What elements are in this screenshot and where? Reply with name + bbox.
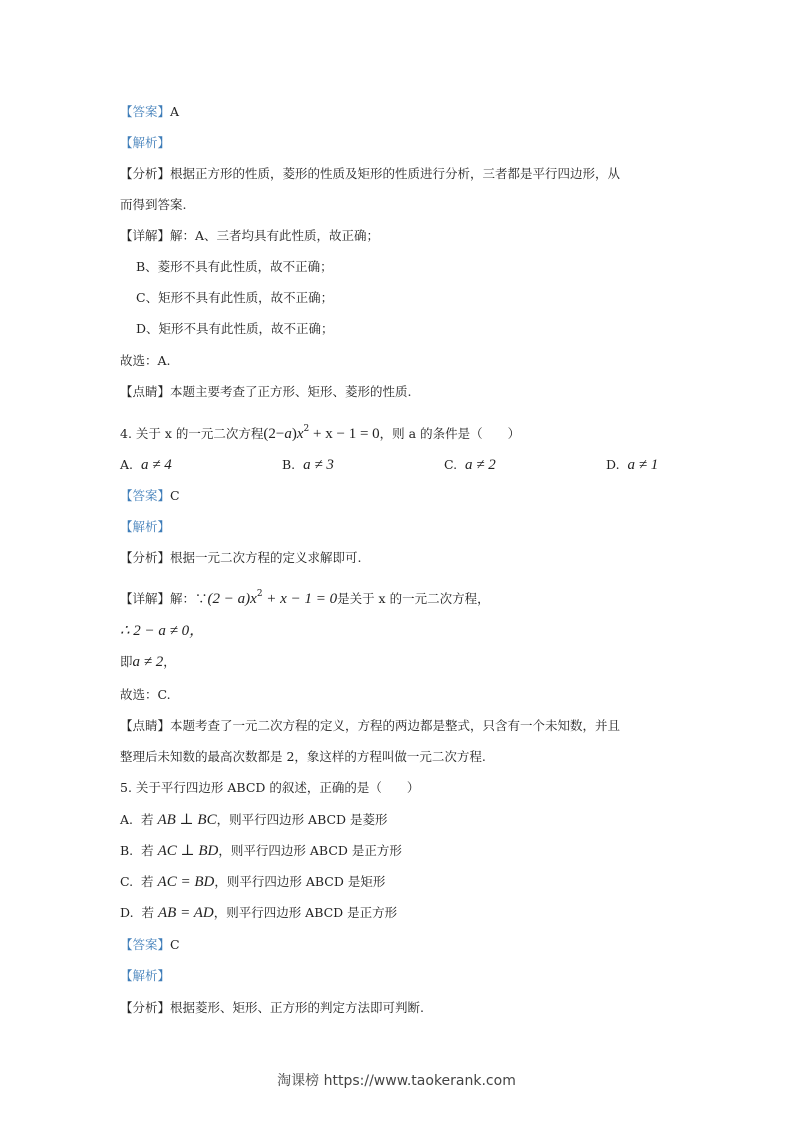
equation-var: x: [297, 426, 304, 442]
question-5-option-a: A. 若 AB ⊥ BC，则平行四边形 ABCD 是菱形: [120, 811, 388, 829]
option-letter: B.: [282, 457, 295, 472]
answer-value: A: [170, 104, 179, 119]
xiangjie-line-c: C、矩形不具有此性质，故不正确；: [136, 289, 333, 307]
fenxi-label: 【分析】: [120, 166, 170, 181]
step-2-suffix: ，: [163, 654, 176, 669]
option-letter: A.: [120, 812, 133, 827]
option-expr: a ≠ 4: [141, 457, 172, 473]
analysis-heading: 【解析】: [120, 134, 170, 152]
option-expr: a ≠ 1: [628, 457, 659, 473]
dianjing-line: 【点睛】本题考查了一元二次方程的定义，方程的两边都是整式，只含有一个未知数，并且: [120, 717, 620, 735]
equation-part: (2 − a)x: [208, 591, 257, 607]
question-4-option-c: C. a ≠ 2: [444, 456, 496, 474]
xiangjie-label: 【详解】: [120, 228, 170, 243]
dianjing-label: 【点睛】: [120, 718, 170, 733]
step-1-expr: ∴ 2 − a ≠ 0，: [120, 623, 204, 639]
answer-line: 【答案】A: [120, 103, 179, 121]
fenxi-label: 【分析】: [120, 550, 170, 565]
xiangjie-prefix: 解：∵: [170, 591, 208, 606]
question-5-option-c: C. 若 AC = BD，则平行四边形 ABCD 是矩形: [120, 873, 385, 891]
question-4-option-b: B. a ≠ 3: [282, 456, 334, 474]
option-post: ，则平行四边形 ABCD 是菱形: [217, 812, 388, 827]
step-1: ∴ 2 − a ≠ 0，: [120, 622, 204, 640]
question-5-option-d: D. 若 AB = AD，则平行四边形 ABCD 是正方形: [120, 904, 397, 922]
analysis-heading: 【解析】: [120, 967, 170, 985]
xiangjie-line: 【详解】解：A、三者均具有此性质，故正确；: [120, 227, 379, 245]
dianjing-line: 【点睛】本题主要考查了正方形、矩形、菱形的性质.: [120, 383, 412, 401]
analysis-label: 【解析】: [120, 135, 170, 150]
question-5-option-b: B. 若 AC ⊥ BD，则平行四边形 ABCD 是正方形: [120, 842, 402, 860]
equation-var: a: [284, 426, 292, 442]
option-expr: a ≠ 2: [465, 457, 496, 473]
choice-line: 故选：C.: [120, 686, 171, 704]
stem-suffix: ，则 a 的条件是（ ）: [380, 426, 520, 441]
dianjing-text: 本题主要考查了正方形、矩形、菱形的性质.: [170, 384, 411, 399]
question-4-stem: 4. 关于 x 的一元二次方程(2−a)x2 + x − 1 = 0，则 a 的…: [120, 420, 520, 443]
option-expr: a ≠ 3: [303, 457, 334, 473]
option-letter: B.: [120, 843, 133, 858]
option-post: ，则平行四边形 ABCD 是正方形: [218, 843, 401, 858]
fenxi-line: 【分析】根据一元二次方程的定义求解即可.: [120, 549, 362, 567]
option-pre: 若: [142, 905, 155, 920]
fenxi-label: 【分析】: [120, 1000, 170, 1015]
dianjing-label: 【点睛】: [120, 384, 170, 399]
option-post: ，则平行四边形 ABCD 是矩形: [214, 874, 385, 889]
fenxi-line: 【分析】根据正方形的性质，菱形的性质及矩形的性质进行分析，三者都是平行四边形，从: [120, 165, 620, 183]
equation-part: + x − 1 = 0: [309, 426, 379, 442]
answer-line: 【答案】C: [120, 487, 180, 505]
option-letter: C.: [120, 874, 133, 889]
choice-line: 故选：A.: [120, 352, 171, 370]
fenxi-text: 根据正方形的性质，菱形的性质及矩形的性质进行分析，三者都是平行四边形，从: [170, 166, 620, 181]
option-letter: D.: [120, 905, 134, 920]
equation-part: + x − 1 = 0: [263, 591, 338, 607]
xiangjie-line-d: D、矩形不具有此性质，故不正确；: [136, 320, 334, 338]
answer-line: 【答案】C: [120, 936, 180, 954]
step-2: 即a ≠ 2，: [120, 653, 176, 671]
fenxi-text: 根据一元二次方程的定义求解即可.: [170, 550, 361, 565]
question-4-option-d: D. a ≠ 1: [606, 456, 658, 474]
option-post: ，则平行四边形 ABCD 是正方形: [214, 905, 397, 920]
step-2-prefix: 即: [120, 654, 133, 669]
option-pre: 若: [141, 874, 154, 889]
xiangjie-suffix: 是关于 x 的一元二次方程，: [337, 591, 490, 606]
xiangjie-text: 解：A、三者均具有此性质，故正确；: [170, 228, 379, 243]
xiangjie-label: 【详解】: [120, 591, 170, 606]
answer-label: 【答案】: [120, 104, 170, 119]
fenxi-line: 【分析】根据菱形、矩形、正方形的判定方法即可判断.: [120, 999, 424, 1017]
dianjing-line-2: 整理后未知数的最高次数都是 2，象这样的方程叫做一元二次方程.: [120, 748, 486, 766]
xiangjie-line-b: B、菱形不具有此性质，故不正确；: [136, 258, 333, 276]
option-pre: 若: [141, 843, 154, 858]
option-expr: AB ⊥ BC: [157, 812, 216, 828]
option-letter: C.: [444, 457, 457, 472]
answer-value: C: [170, 937, 180, 952]
option-expr: AC = BD: [158, 874, 215, 890]
option-expr: AC ⊥ BD: [158, 843, 219, 859]
answer-label: 【答案】: [120, 937, 170, 952]
fenxi-text: 根据菱形、矩形、正方形的判定方法即可判断.: [170, 1000, 424, 1015]
option-letter: A.: [120, 457, 133, 472]
stem-prefix: 4. 关于 x 的一元二次方程: [120, 426, 263, 441]
option-pre: 若: [141, 812, 154, 827]
analysis-label: 【解析】: [120, 519, 170, 534]
step-2-expr: a ≠ 2: [133, 654, 164, 670]
dianjing-text: 本题考查了一元二次方程的定义，方程的两边都是整式，只含有一个未知数，并且: [170, 718, 620, 733]
equation-part: (2−: [263, 426, 284, 442]
question-5-stem: 5. 关于平行四边形 ABCD 的叙述，正确的是（ ）: [120, 779, 419, 797]
answer-value: C: [170, 488, 180, 503]
question-4-option-a: A. a ≠ 4: [120, 456, 172, 474]
option-letter: D.: [606, 457, 620, 472]
footer-watermark: 淘课榜 https://www.taokerank.com: [0, 1070, 793, 1090]
analysis-label: 【解析】: [120, 968, 170, 983]
xiangjie-line: 【详解】解：∵(2 − a)x2 + x − 1 = 0是关于 x 的一元二次方…: [120, 585, 490, 608]
option-expr: AB = AD: [158, 905, 214, 921]
fenxi-line-2: 而得到答案.: [120, 196, 186, 214]
answer-label: 【答案】: [120, 488, 170, 503]
analysis-heading: 【解析】: [120, 518, 170, 536]
